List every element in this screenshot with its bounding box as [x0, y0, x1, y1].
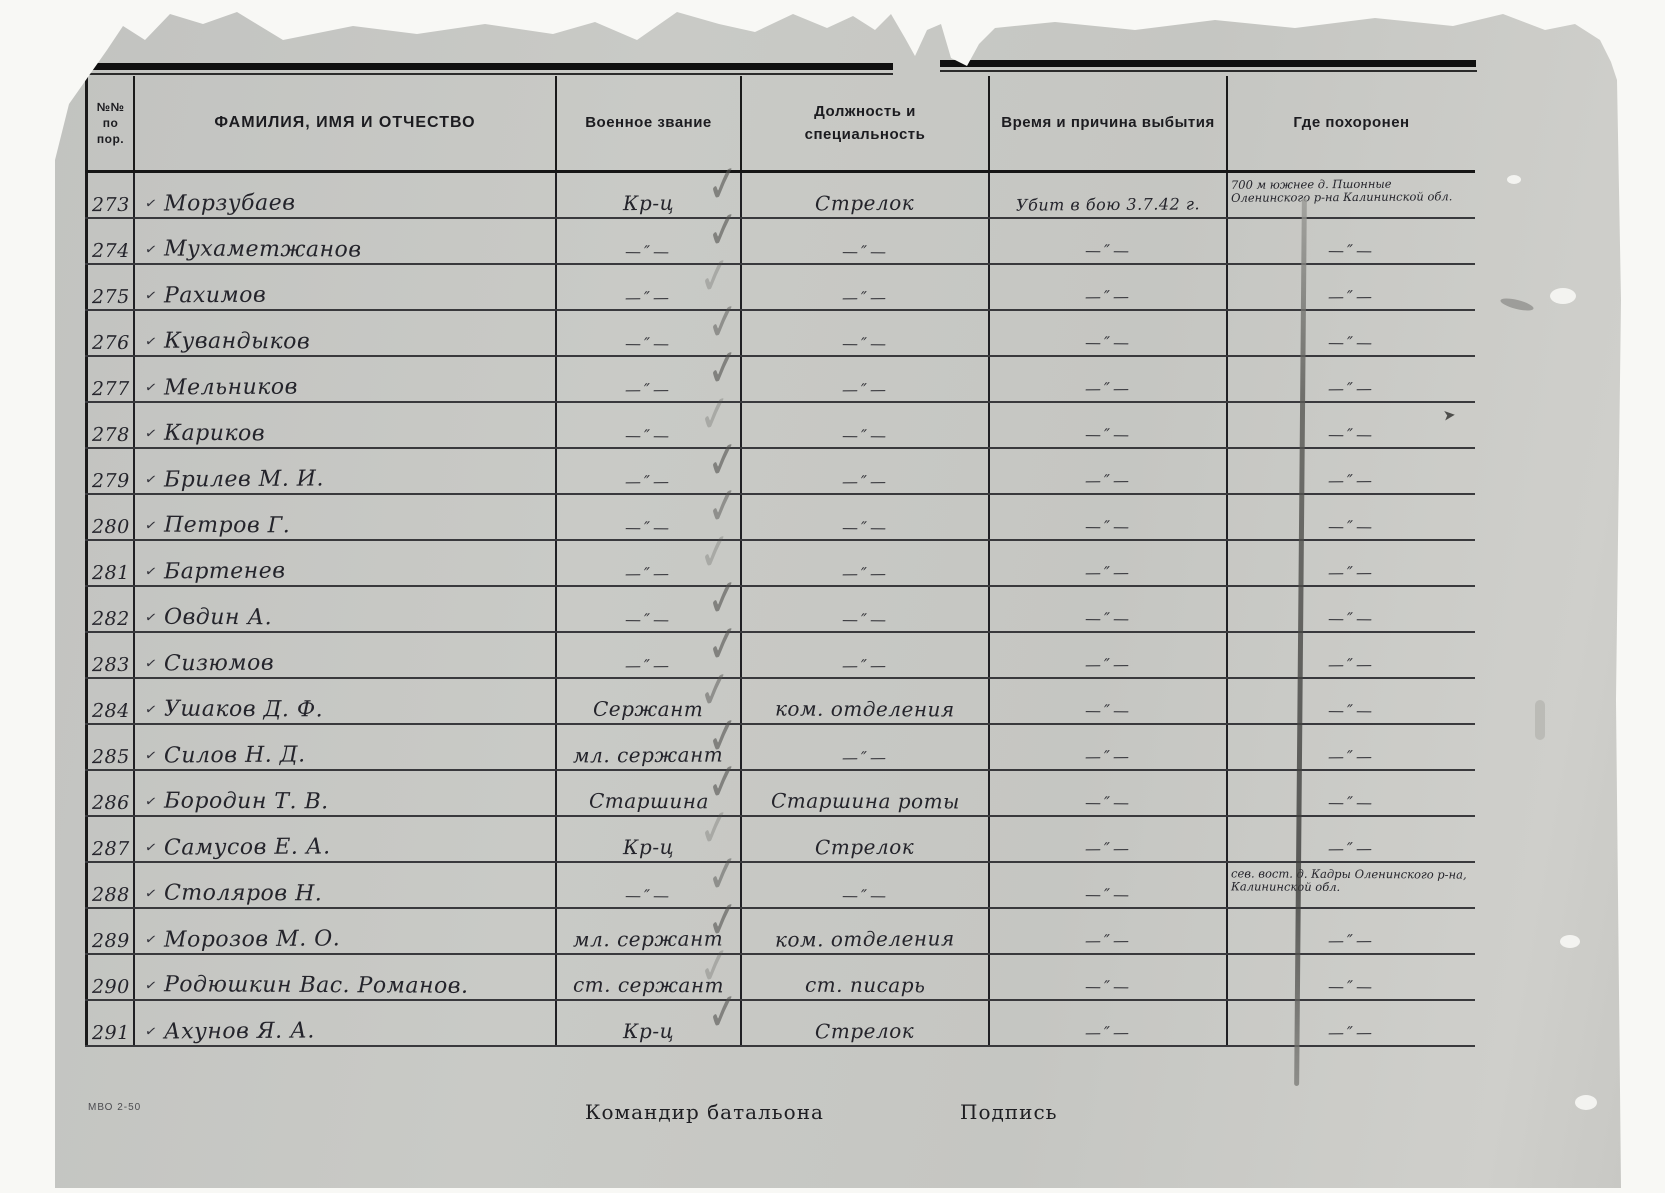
pencil-tick-icon: ✓ [144, 287, 158, 305]
soldier-name: Кариков [164, 421, 265, 447]
pencil-tick-icon: ✓ [144, 655, 158, 673]
military-rank: —″— [625, 380, 672, 399]
header-num: №№ по пор. [85, 76, 135, 170]
scanned-document: №№ по пор. ФАМИЛИЯ, ИМЯ И ОТЧЕСТВО Военн… [0, 0, 1665, 1193]
row-number: 287 [92, 838, 130, 860]
paper-damage-spot [1507, 175, 1521, 184]
pencil-tick-icon: ✓ [144, 379, 158, 397]
military-rank: —″— [625, 610, 672, 629]
duty-position: —″— [841, 334, 888, 353]
burial-place: —″— [1328, 471, 1375, 490]
soldier-name: Бородин Т. В. [164, 789, 329, 815]
paper-damage-spot [1560, 935, 1580, 948]
military-rank: Кр-ц [623, 191, 674, 215]
top-rule-thin-right [940, 70, 1477, 72]
duty-position: —″— [841, 242, 888, 261]
table-row: 277 ✓ Мельников —″— —″— —″— —″— ✓ [85, 357, 1475, 403]
row-number: 274 [92, 240, 130, 262]
military-rank: Кр-ц [623, 1019, 674, 1043]
table-row: 273 ✓ Морзубаев Кр-ц Стрелок Убит в бою … [85, 173, 1475, 219]
military-rank: —″— [625, 518, 672, 537]
burial-place: —″— [1328, 425, 1375, 444]
table-row: 290 ✓ Родюшкин Вас. Романов. ст. сержант… [85, 955, 1475, 1001]
header-name: ФАМИЛИЯ, ИМЯ И ОТЧЕСТВО [135, 76, 557, 170]
duty-position: Старшина роты [771, 789, 960, 814]
duty-position: —″— [841, 518, 888, 537]
row-number: 285 [92, 746, 130, 768]
military-rank: —″— [625, 886, 672, 905]
pencil-tick-icon: ✓ [144, 425, 158, 443]
soldier-name: Самусов Е. А. [164, 834, 331, 860]
soldier-name: Морозов М. О. [164, 926, 340, 952]
soldier-name: Брилев М. И. [164, 466, 324, 492]
military-rank: —″— [625, 426, 672, 445]
commander-signature-label: Командир батальона [585, 1100, 824, 1124]
military-rank: Кр-ц [623, 835, 674, 859]
row-number: 290 [92, 976, 130, 998]
paper-smudge [1499, 296, 1534, 313]
loss-cause: —″— [1084, 379, 1131, 398]
loss-cause: —″— [1084, 563, 1131, 582]
row-number: 282 [92, 608, 130, 630]
print-run-stamp: МВО 2-50 [88, 1102, 141, 1113]
row-number: 279 [92, 470, 130, 492]
burial-place: —″— [1328, 379, 1375, 398]
burial-place: —″— [1328, 977, 1375, 996]
soldier-name: Мухаметжанов [164, 236, 362, 262]
burial-place: —″— [1328, 747, 1375, 766]
pencil-tick-icon: ✓ [144, 701, 158, 719]
table-row: 287 ✓ Самусов Е. А. Кр-ц Стрелок —″— —″—… [85, 817, 1475, 863]
pencil-tick-icon: ✓ [144, 793, 158, 811]
row-number: 284 [92, 700, 130, 722]
loss-cause: —″— [1084, 977, 1131, 996]
header-position: Должность и специальность [742, 76, 990, 170]
loss-cause: —″— [1084, 471, 1131, 490]
duty-position: —″— [841, 610, 888, 629]
paper-sheet: №№ по пор. ФАМИЛИЯ, ИМЯ И ОТЧЕСТВО Военн… [55, 0, 1625, 1188]
loss-cause: —″— [1084, 1023, 1131, 1042]
table-row: 286 ✓ Бородин Т. В. Старшина Старшина ро… [85, 771, 1475, 817]
table-row: 275 ✓ Рахимов —″— —″— —″— —″— ✓ [85, 265, 1475, 311]
burial-place: сев. вост. д. Кадры Оленинского р-на, Ка… [1228, 868, 1475, 896]
duty-position: —″— [841, 380, 888, 399]
table-row: 278 ✓ Кариков —″— —″— —″— —″— ✓ [85, 403, 1475, 449]
row-number: 280 [92, 516, 130, 538]
row-number: 286 [92, 792, 130, 814]
soldier-name: Ушаков Д. Ф. [164, 697, 323, 723]
soldier-name: Рахимов [164, 283, 266, 309]
row-number: 283 [92, 654, 130, 676]
row-number: 278 [92, 424, 130, 446]
table-row: 291 ✓ Ахунов Я. А. Кр-ц Стрелок —″— —″— … [85, 1001, 1475, 1047]
loss-cause: —″— [1084, 839, 1131, 858]
duty-position: ст. писарь [805, 973, 926, 998]
military-rank: —″— [625, 656, 672, 675]
loss-cause: —″— [1084, 609, 1131, 628]
casualty-table: №№ по пор. ФАМИЛИЯ, ИМЯ И ОТЧЕСТВО Военн… [85, 76, 1475, 1047]
row-number: 275 [92, 286, 130, 308]
burial-place: 700 м южнее д. Пшонные Оленинского р-на … [1228, 177, 1475, 205]
row-number: 276 [92, 332, 130, 354]
burial-place: —″— [1328, 839, 1375, 858]
military-rank: ст. сержант [573, 973, 724, 998]
table-row: 276 ✓ Кувандыков —″— —″— —″— —″— ✓ [85, 311, 1475, 357]
table-row: 284 ✓ Ушаков Д. Ф. Сержант ком. отделени… [85, 679, 1475, 725]
military-rank: Сержант [593, 697, 703, 722]
soldier-name: Петров Г. [164, 513, 290, 539]
pencil-tick-icon: ✓ [144, 1023, 158, 1041]
loss-cause: —″— [1084, 655, 1131, 674]
table-row: 281 ✓ Бартенев —″— —″— —″— —″— ✓ [85, 541, 1475, 587]
pencil-tick-icon: ✓ [144, 563, 158, 581]
military-rank: —″— [625, 242, 672, 261]
paper-smudge [1535, 700, 1545, 740]
top-rule-right [940, 60, 1476, 67]
row-number: 273 [92, 194, 130, 216]
loss-cause: —″— [1084, 701, 1131, 720]
military-rank: —″— [625, 472, 672, 491]
paper-damage-spot [1550, 288, 1576, 304]
soldier-name: Морзубаев [164, 191, 296, 217]
pencil-arrow-mark: ➤ [1442, 405, 1456, 424]
table-row: 279 ✓ Брилев М. И. —″— —″— —″— —″— ✓ [85, 449, 1475, 495]
pencil-tick-icon: ✓ [144, 885, 158, 903]
duty-position: —″— [841, 656, 888, 675]
burial-place: —″— [1328, 563, 1375, 582]
header-burial: Где похоронен [1228, 76, 1475, 170]
table-row: 274 ✓ Мухаметжанов —″— —″— —″— —″— ✓ [85, 219, 1475, 265]
loss-cause: —″— [1084, 333, 1131, 352]
loss-cause: —″— [1084, 931, 1131, 950]
loss-cause: —″— [1084, 517, 1131, 536]
loss-cause: Убит в бою 3.7.42 г. [1016, 194, 1200, 214]
military-rank: мл. сержант [573, 926, 723, 951]
pencil-tick-icon: ✓ [144, 747, 158, 765]
duty-position: —″— [841, 288, 888, 307]
duty-position: —″— [841, 748, 888, 767]
burial-place: —″— [1328, 287, 1375, 306]
loss-cause: —″— [1084, 287, 1131, 306]
pencil-tick-icon: ✓ [144, 931, 158, 949]
pencil-tick-icon: ✓ [144, 609, 158, 627]
pencil-tick-icon: ✓ [144, 517, 158, 535]
top-rule-left [70, 63, 893, 70]
table-row: 289 ✓ Морозов М. О. мл. сержант ком. отд… [85, 909, 1475, 955]
burial-place: —″— [1328, 701, 1375, 720]
duty-position: ком. отделения [775, 926, 955, 951]
soldier-name: Сизюмов [164, 651, 274, 677]
soldier-name: Ахунов Я. А. [164, 1018, 315, 1044]
top-rule-thin-left [70, 73, 893, 75]
burial-place: —″— [1328, 655, 1375, 674]
burial-place: —″— [1328, 333, 1375, 352]
soldier-name: Родюшкин Вас. Романов. [164, 972, 469, 999]
soldier-name: Силов Н. Д. [164, 743, 306, 769]
burial-place: —″— [1328, 609, 1375, 628]
duty-position: —″— [841, 472, 888, 491]
table-row: 283 ✓ Сизюмов —″— —″— —″— —″— ✓ [85, 633, 1475, 679]
table-row: 280 ✓ Петров Г. —″— —″— —″— —″— ✓ [85, 495, 1475, 541]
duty-position: ком. отделения [775, 697, 955, 722]
burial-place: —″— [1328, 241, 1375, 260]
burial-place: —″— [1328, 1023, 1375, 1042]
row-number: 281 [92, 562, 130, 584]
pencil-tick-icon: ✓ [144, 839, 158, 857]
row-number: 291 [92, 1022, 130, 1044]
military-rank: —″— [625, 288, 672, 307]
duty-position: Стрелок [815, 191, 914, 216]
header-rank: Военное звание [557, 76, 742, 170]
military-rank: Старшина [588, 789, 708, 814]
loss-cause: —″— [1084, 747, 1131, 766]
table-row: 282 ✓ Овдин А. —″— —″— —″— —″— ✓ [85, 587, 1475, 633]
soldier-name: Столяров Н. [164, 881, 322, 907]
burial-place: —″— [1328, 517, 1375, 536]
loss-cause: —″— [1084, 793, 1131, 812]
table-body: 273 ✓ Морзубаев Кр-ц Стрелок Убит в бою … [85, 173, 1475, 1047]
loss-cause: —″— [1084, 241, 1131, 260]
paper-damage-spot [1575, 1095, 1597, 1110]
burial-place: —″— [1328, 793, 1375, 812]
burial-place: —″— [1328, 931, 1375, 950]
military-rank: —″— [625, 564, 672, 583]
soldier-name: Бартенев [164, 559, 286, 585]
military-rank: мл. сержант [573, 742, 723, 767]
pencil-tick-icon: ✓ [144, 333, 158, 351]
duty-position: Стрелок [815, 1019, 914, 1044]
table-header: №№ по пор. ФАМИЛИЯ, ИМЯ И ОТЧЕСТВО Военн… [85, 76, 1475, 173]
table-row: 285 ✓ Силов Н. Д. мл. сержант —″— —″— —″… [85, 725, 1475, 771]
military-rank: —″— [625, 334, 672, 353]
row-number: 277 [92, 378, 130, 400]
duty-position: —″— [841, 426, 888, 445]
soldier-name: Кувандыков [164, 329, 310, 355]
soldier-name: Мельников [164, 375, 298, 401]
signature-label: Подпись [960, 1100, 1058, 1124]
soldier-name: Овдин А. [164, 605, 272, 631]
pencil-tick-icon: ✓ [144, 471, 158, 489]
row-number: 289 [92, 930, 130, 952]
loss-cause: —″— [1084, 425, 1131, 444]
pencil-tick-icon: ✓ [144, 195, 158, 213]
loss-cause: —″— [1084, 885, 1131, 904]
header-cause: Время и причина выбытия [990, 76, 1228, 170]
pencil-tick-icon: ✓ [144, 977, 158, 995]
duty-position: Стрелок [815, 835, 914, 860]
pencil-tick-icon: ✓ [144, 241, 158, 259]
duty-position: —″— [841, 886, 888, 905]
row-number: 288 [92, 884, 130, 906]
table-row: 288 ✓ Столяров Н. —″— —″— —″— сев. вост.… [85, 863, 1475, 909]
duty-position: —″— [841, 564, 888, 583]
